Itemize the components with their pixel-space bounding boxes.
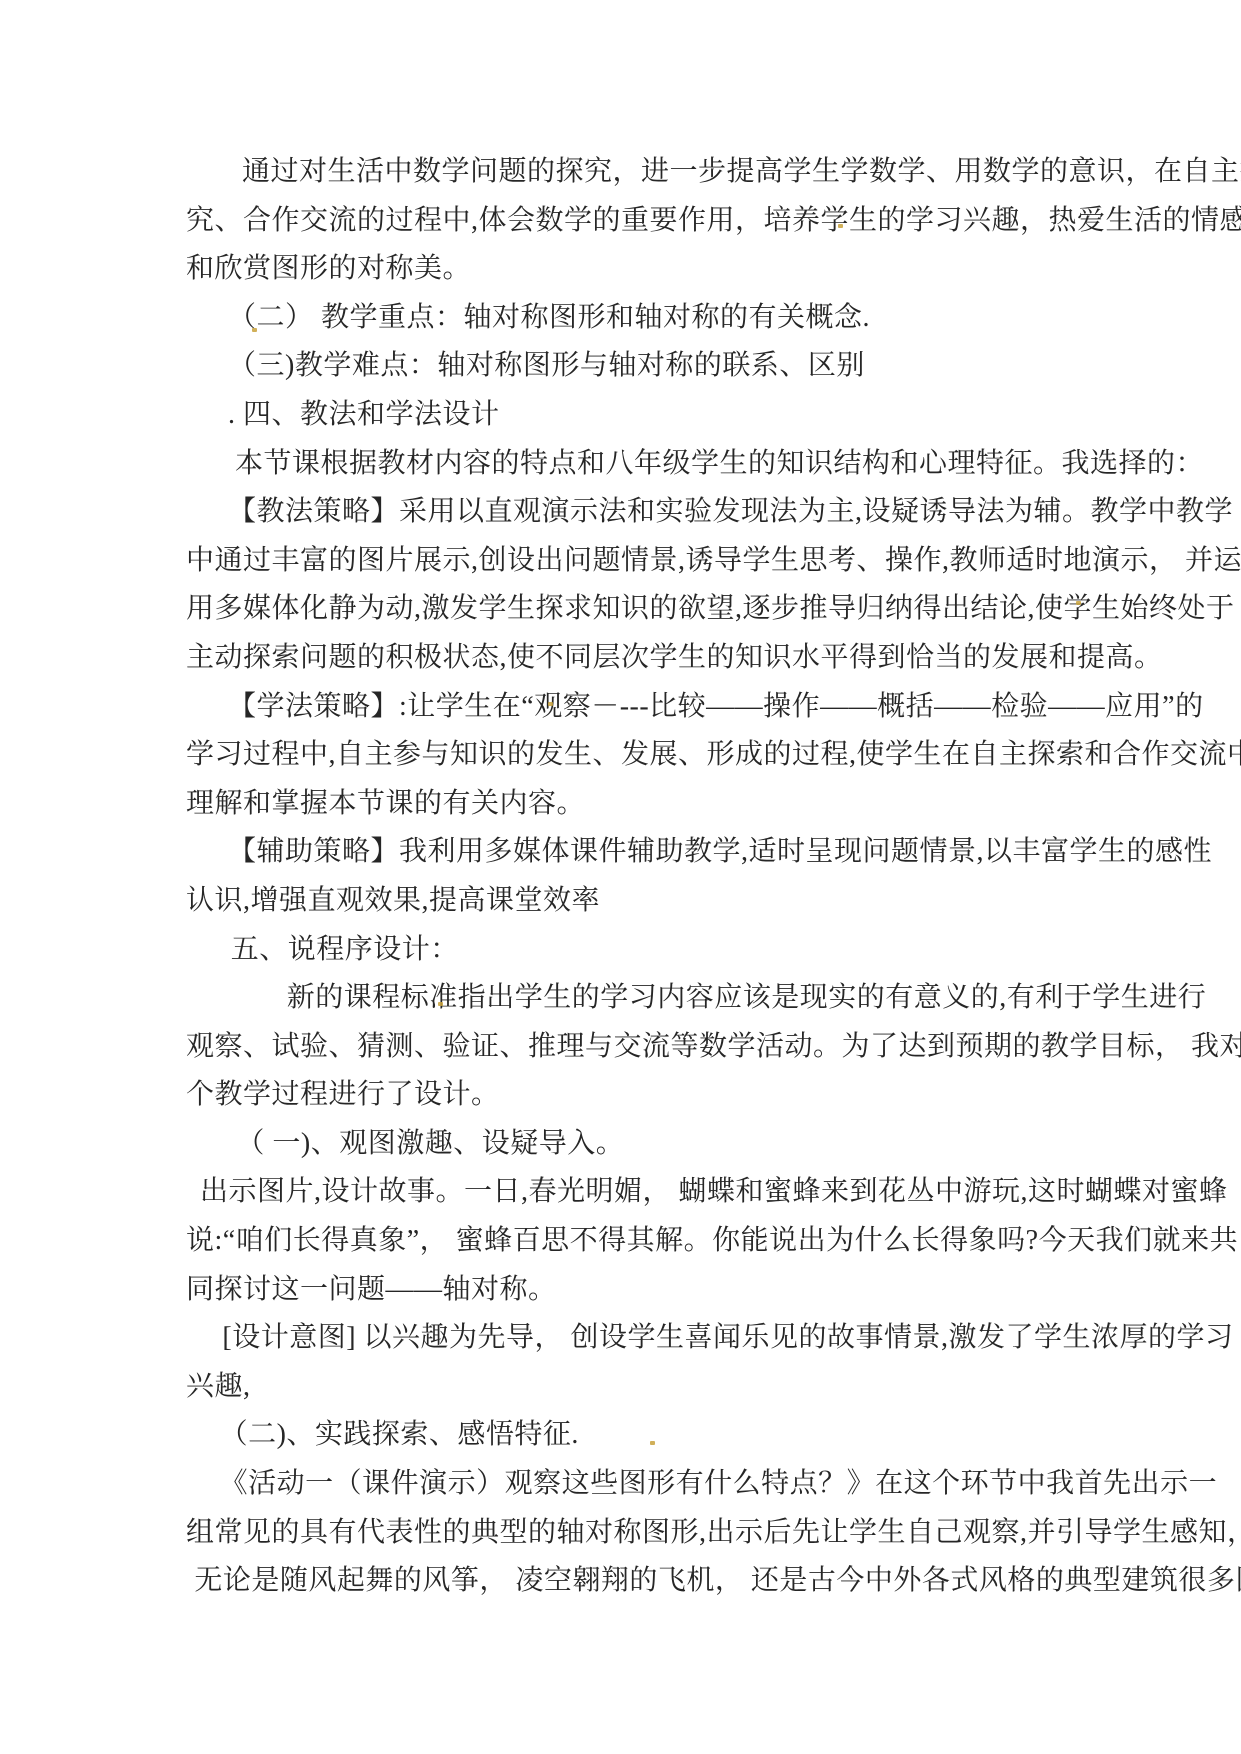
text-line: 理解和掌握本节课的有关内容。	[186, 780, 1088, 829]
text-line: （二)、实践探索、感悟特征.	[186, 1411, 1088, 1460]
text-line: 本节课根据教材内容的特点和八年级学生的知识结构和心理特征。我选择的：	[186, 440, 1088, 489]
proofing-speck	[1076, 601, 1081, 605]
proofing-speck	[438, 1002, 443, 1006]
text-line: 【辅助策略】我利用多媒体课件辅助教学,适时呈现问题情景,以丰富学生的感性	[186, 828, 1088, 877]
text-line: （三)教学难点：轴对称图形与轴对称的联系、区别	[186, 342, 1088, 391]
text-line: 组常见的具有代表性的典型的轴对称图形,出示后先让学生自己观察,并引导学生感知，	[186, 1509, 1088, 1558]
text-line: 出示图片,设计故事。一日,春光明媚， 蝴蝶和蜜蜂来到花丛中游玩,这时蝴蝶对蜜蜂	[186, 1168, 1088, 1217]
text-line: 【教法策略】采用以直观演示法和实验发现法为主,设疑诱导法为辅。教学中教学	[186, 488, 1088, 537]
text-line: 中通过丰富的图片展示,创设出问题情景,诱导学生思考、操作,教师适时地演示， 并运	[186, 537, 1088, 586]
document-page: 通过对生活中数学问题的探究，进一步提高学生学数学、用数学的意识，在自主探究、合作…	[0, 0, 1241, 1754]
proofing-speck	[650, 1441, 655, 1445]
text-line: 无论是随风起舞的风筝， 凌空翱翔的飞机， 还是古今中外各式风格的典型建筑很多图形	[186, 1557, 1088, 1606]
text-line: 和欣赏图形的对称美。	[186, 245, 1088, 294]
text-line: 观察、试验、猜测、验证、推理与交流等数学活动。为了达到预期的教学目标， 我对整	[186, 1023, 1088, 1072]
text-line: 《活动一（课件演示）观察这些图形有什么特点？》在这个环节中我首先出示一	[186, 1460, 1088, 1509]
text-line: 同探讨这一问题——轴对称。	[186, 1266, 1088, 1315]
text-line: （二） 教学重点：轴对称图形和轴对称的有关概念.	[186, 294, 1088, 343]
text-line: 通过对生活中数学问题的探究，进一步提高学生学数学、用数学的意识，在自主探	[186, 148, 1088, 197]
text-line: （ 一)、观图激趣、设疑导入。	[186, 1120, 1088, 1169]
text-block: 通过对生活中数学问题的探究，进一步提高学生学数学、用数学的意识，在自主探究、合作…	[186, 148, 1088, 1606]
proofing-speck	[548, 702, 553, 706]
text-line: 用多媒体化静为动,激发学生探求知识的欲望,逐步推导归纳得出结论,使学生始终处于	[186, 585, 1088, 634]
text-line: 认识,增强直观效果,提高课堂效率	[186, 877, 1088, 926]
text-line: 个教学过程进行了设计。	[186, 1071, 1088, 1120]
proofing-speck	[838, 224, 843, 228]
text-line: 兴趣,	[186, 1363, 1088, 1412]
proofing-speck	[252, 328, 257, 332]
text-line: 新的课程标准指出学生的学习内容应该是现实的有意义的,有利于学生进行	[186, 974, 1088, 1023]
text-line: 究、合作交流的过程中,体会数学的重要作用，培养学生的学习兴趣，热爱生活的情感	[186, 197, 1088, 246]
text-line: 主动探索问题的积极状态,使不同层次学生的知识水平得到恰当的发展和提高。	[186, 634, 1088, 683]
text-line: [设计意图] 以兴趣为先导， 创设学生喜闻乐见的故事情景,激发了学生浓厚的学习	[186, 1314, 1088, 1363]
text-line: 五、说程序设计：	[186, 926, 1088, 975]
text-line: . 四、教法和学法设计	[186, 391, 1088, 440]
text-line: 说:“咱们长得真象”， 蜜蜂百思不得其解。你能说出为什么长得象吗?今天我们就来共	[186, 1217, 1088, 1266]
text-line: 学习过程中,自主参与知识的发生、发展、形成的过程,使学生在自主探索和合作交流中	[186, 731, 1088, 780]
text-line: 【学法策略】:让学生在“观察－---比较——操作——概括——检验——应用”的	[186, 683, 1088, 732]
